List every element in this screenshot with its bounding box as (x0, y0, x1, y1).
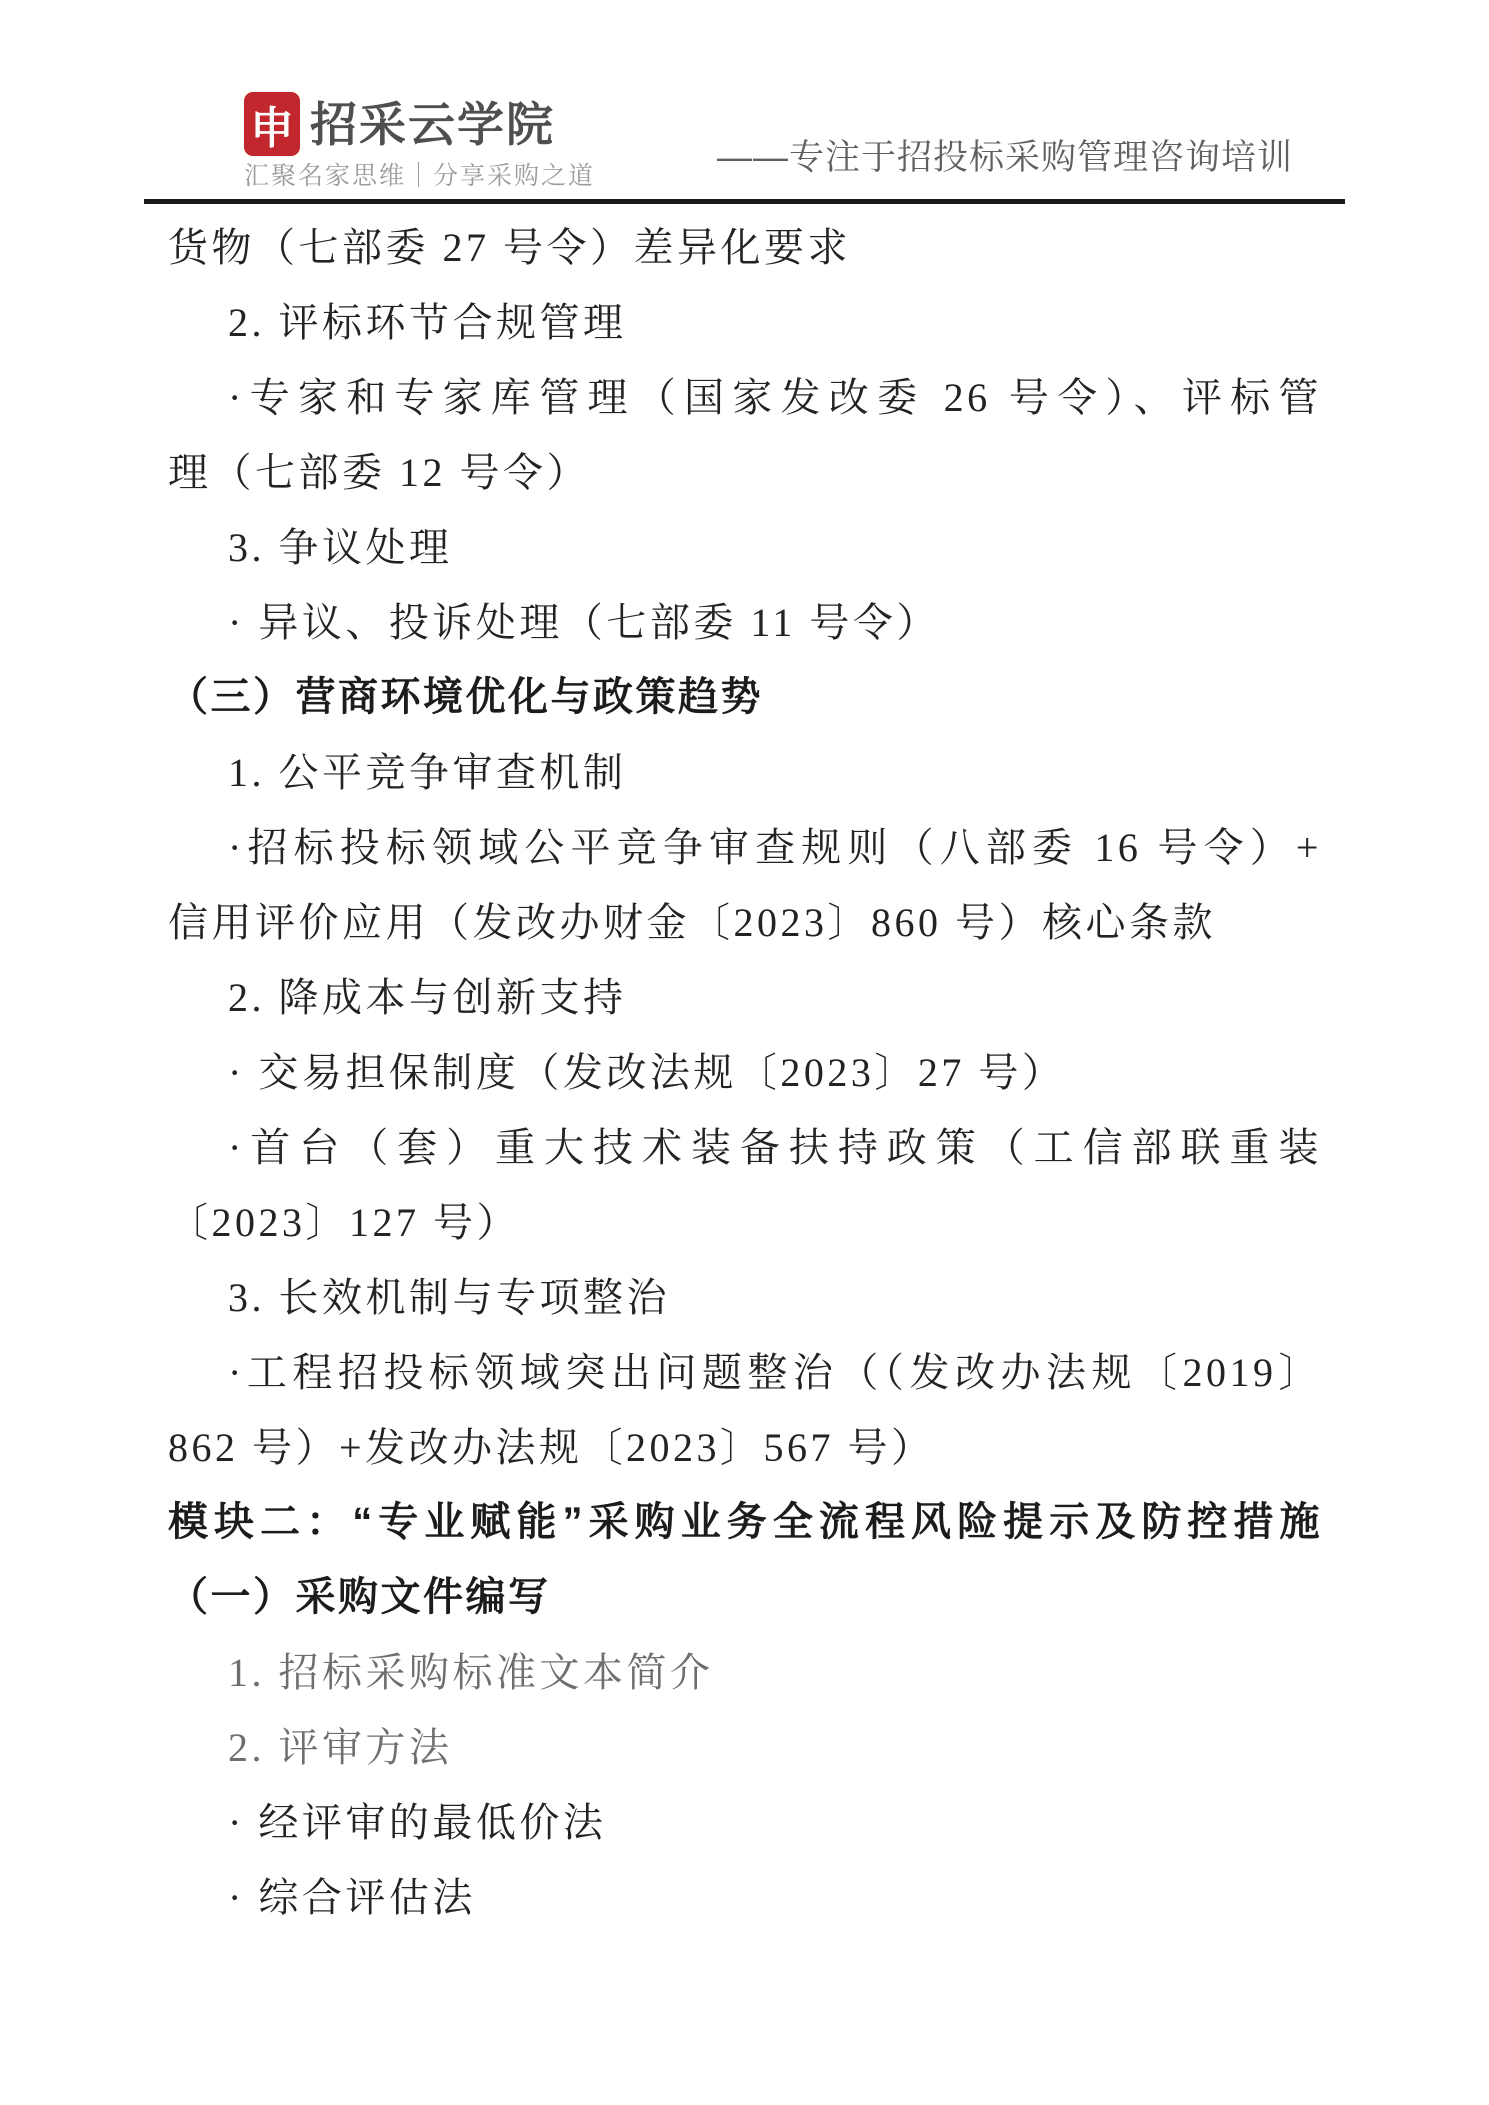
brand-seal-icon: 申 (244, 92, 300, 156)
document-line: 理（七部委 12 号令） (168, 435, 1322, 510)
document-line: 信用评价应用（发改办财金〔2023〕860 号）核心条款 (168, 885, 1322, 960)
page: 申 招采云学院 汇聚名家思维｜分享采购之道 ——专注于招投标采购管理咨询培训 货… (0, 0, 1489, 2105)
document-line: ·专家和专家库管理（国家发改委 26 号令）、评标管 (168, 360, 1322, 435)
header: 申 招采云学院 汇聚名家思维｜分享采购之道 ——专注于招投标采购管理咨询培训 (0, 0, 1489, 199)
document-line: ·首台（套）重大技术装备扶持政策（工信部联重装 (168, 1110, 1322, 1185)
document-line: ·工程招投标领域突出问题整治（（发改办法规〔2019〕 (168, 1335, 1322, 1410)
logo: 申 招采云学院 汇聚名家思维｜分享采购之道 (244, 92, 595, 189)
document-line: 3. 长效机制与专项整治 (168, 1260, 1322, 1335)
document-line: 模块二：“专业赋能”采购业务全流程风险提示及防控措施 (168, 1485, 1322, 1560)
header-slogan: ——专注于招投标采购管理咨询培训 (717, 140, 1293, 175)
document-line: · 综合评估法 (168, 1860, 1322, 1935)
document-line: ·招标投标领域公平竞争审查规则（八部委 16 号令）+ (168, 810, 1322, 885)
document-line: 862 号）+发改办法规〔2023〕567 号） (168, 1410, 1322, 1485)
brand-tagline: 汇聚名家思维｜分享采购之道 (244, 164, 595, 189)
document-line: 〔2023〕127 号） (168, 1185, 1322, 1260)
brand-text: 招采云学院 (310, 101, 555, 148)
document-line: 2. 评标环节合规管理 (168, 285, 1322, 360)
document-line: 2. 评审方法 (168, 1710, 1322, 1785)
document-line: 1. 招标采购标准文本简介 (168, 1635, 1322, 1710)
logo-row: 申 招采云学院 (244, 92, 595, 156)
document-line: 3. 争议处理 (168, 510, 1322, 585)
document-line: 2. 降成本与创新支持 (168, 960, 1322, 1035)
document-line: 1. 公平竞争审查机制 (168, 735, 1322, 810)
brand-seal-glyph: 申 (250, 92, 294, 156)
document-line: （一）采购文件编写 (168, 1560, 1322, 1635)
document-line: 货物（七部委 27 号令）差异化要求 (168, 210, 1322, 285)
document-line: · 异议、投诉处理（七部委 11 号令） (168, 585, 1322, 660)
document-line: · 经评审的最低价法 (168, 1785, 1322, 1860)
document-line: （三）营商环境优化与政策趋势 (168, 660, 1322, 735)
document-body: 货物（七部委 27 号令）差异化要求2. 评标环节合规管理·专家和专家库管理（国… (0, 204, 1489, 1935)
document-line: · 交易担保制度（发改法规〔2023〕27 号） (168, 1035, 1322, 1110)
